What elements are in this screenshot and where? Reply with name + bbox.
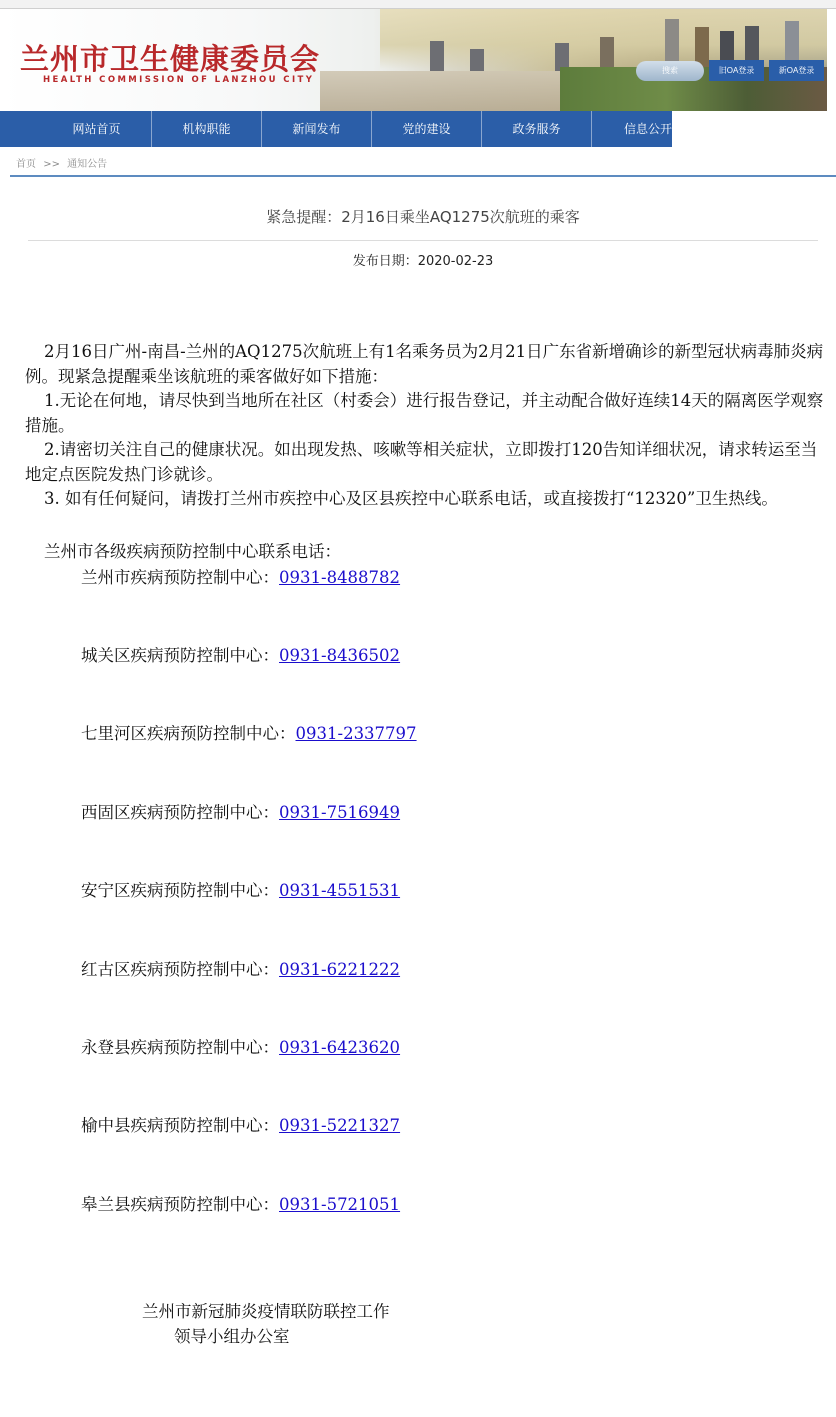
contact-row: 安宁区疾病预防控制中心：0931-4551531 (81, 877, 400, 901)
breadcrumb-divider (10, 175, 836, 177)
site-logo-title[interactable]: 兰州市卫生健康委员会 (20, 37, 320, 78)
banner-building (470, 49, 484, 71)
contact-name: 皋兰县疾病预防控制中心： (81, 1195, 279, 1214)
contact-row: 红古区疾病预防控制中心：0931-6221222 (81, 956, 400, 980)
nav-item-news[interactable]: 新闻发布 (262, 111, 372, 147)
new-oa-login-button[interactable]: 新OA登录 (769, 60, 824, 81)
breadcrumb: 首页 >> 通知公告 (16, 155, 111, 170)
contact-phone-link[interactable]: 0931-7516949 (279, 803, 400, 822)
search-button[interactable]: 搜索 (636, 61, 704, 81)
nav-item-gov-services[interactable]: 政务服务 (482, 111, 592, 147)
old-oa-login-button[interactable]: 旧OA登录 (709, 60, 764, 81)
breadcrumb-current[interactable]: 通知公告 (67, 159, 107, 170)
nav-item-party-building[interactable]: 党的建设 (372, 111, 482, 147)
banner-building (430, 41, 444, 71)
article-body: 2月16日广州-南昌-兰州的AQ1275次航班上有1名乘务员为2月21日广东省新… (25, 340, 825, 512)
contact-name: 七里河区疾病预防控制中心： (81, 724, 296, 743)
contact-phone-link[interactable]: 0931-8488782 (279, 568, 400, 587)
contact-name: 西固区疾病预防控制中心： (81, 803, 279, 822)
contact-name: 安宁区疾病预防控制中心： (81, 881, 279, 900)
title-divider (28, 240, 818, 241)
header-banner: 兰州市卫生健康委员会 HEALTH COMMISSION OF LANZHOU … (0, 9, 827, 111)
contact-row: 皋兰县疾病预防控制中心：0931-5721051 (81, 1191, 400, 1215)
contact-name: 红古区疾病预防控制中心： (81, 960, 279, 979)
breadcrumb-home-link[interactable]: 首页 (16, 159, 36, 170)
contact-row: 西固区疾病预防控制中心：0931-7516949 (81, 799, 400, 823)
contact-phone-link[interactable]: 0931-6423620 (279, 1038, 400, 1057)
article-paragraph: 2月16日广州-南昌-兰州的AQ1275次航班上有1名乘务员为2月21日广东省新… (25, 340, 825, 389)
contact-row: 七里河区疾病预防控制中心：0931-2337797 (81, 720, 417, 744)
contact-name: 榆中县疾病预防控制中心： (81, 1116, 279, 1135)
site-logo-subtitle: HEALTH COMMISSION OF LANZHOU CITY (43, 75, 314, 85)
contact-phone-link[interactable]: 0931-5221327 (279, 1116, 400, 1135)
contacts-heading: 兰州市各级疾病预防控制中心联系电话： (44, 538, 341, 562)
contact-name: 兰州市疾病预防控制中心： (81, 568, 279, 587)
top-strip (0, 0, 836, 9)
breadcrumb-separator: >> (43, 159, 60, 170)
signature-line-1: 兰州市新冠肺炎疫情联防联控工作 (142, 1298, 390, 1322)
contact-row: 榆中县疾病预防控制中心：0931-5221327 (81, 1112, 400, 1136)
contact-row: 兰州市疾病预防控制中心：0931-8488782 (81, 564, 400, 588)
article-title: 紧急提醒：2月16日乘坐AQ1275次航班的乘客 (0, 206, 836, 227)
contact-name: 永登县疾病预防控制中心： (81, 1038, 279, 1057)
nav-item-org-functions[interactable]: 机构职能 (152, 111, 262, 147)
publish-date: 发布日期：2020-02-23 (0, 250, 836, 269)
signature-line-2: 领导小组办公室 (174, 1323, 290, 1347)
contact-phone-link[interactable]: 0931-5721051 (279, 1195, 400, 1214)
nav-item-info-disclosure[interactable]: 信息公开 (592, 111, 672, 147)
article-paragraph: 2.请密切关注自己的健康状况。如出现发热、咳嗽等相关症状，立即拨打120告知详细… (25, 438, 825, 487)
article-paragraph: 3. 如有任何疑问，请拨打兰州市疾控中心及区县疾控中心联系电话，或直接拨打“12… (25, 487, 825, 512)
contact-phone-link[interactable]: 0931-2337797 (296, 724, 417, 743)
contact-name: 城关区疾病预防控制中心： (81, 646, 279, 665)
contact-row: 永登县疾病预防控制中心：0931-6423620 (81, 1034, 400, 1058)
nav-item-home[interactable]: 网站首页 (0, 111, 152, 147)
contact-phone-link[interactable]: 0931-4551531 (279, 881, 400, 900)
contact-phone-link[interactable]: 0931-6221222 (279, 960, 400, 979)
contact-row: 城关区疾病预防控制中心：0931-8436502 (81, 642, 400, 666)
article-paragraph: 1.无论在何地，请尽快到当地所在社区（村委会）进行报告登记，并主动配合做好连续1… (25, 389, 825, 438)
contact-phone-link[interactable]: 0931-8436502 (279, 646, 400, 665)
banner-building (600, 37, 614, 71)
main-nav: 网站首页 机构职能 新闻发布 党的建设 政务服务 信息公开 (0, 111, 672, 147)
